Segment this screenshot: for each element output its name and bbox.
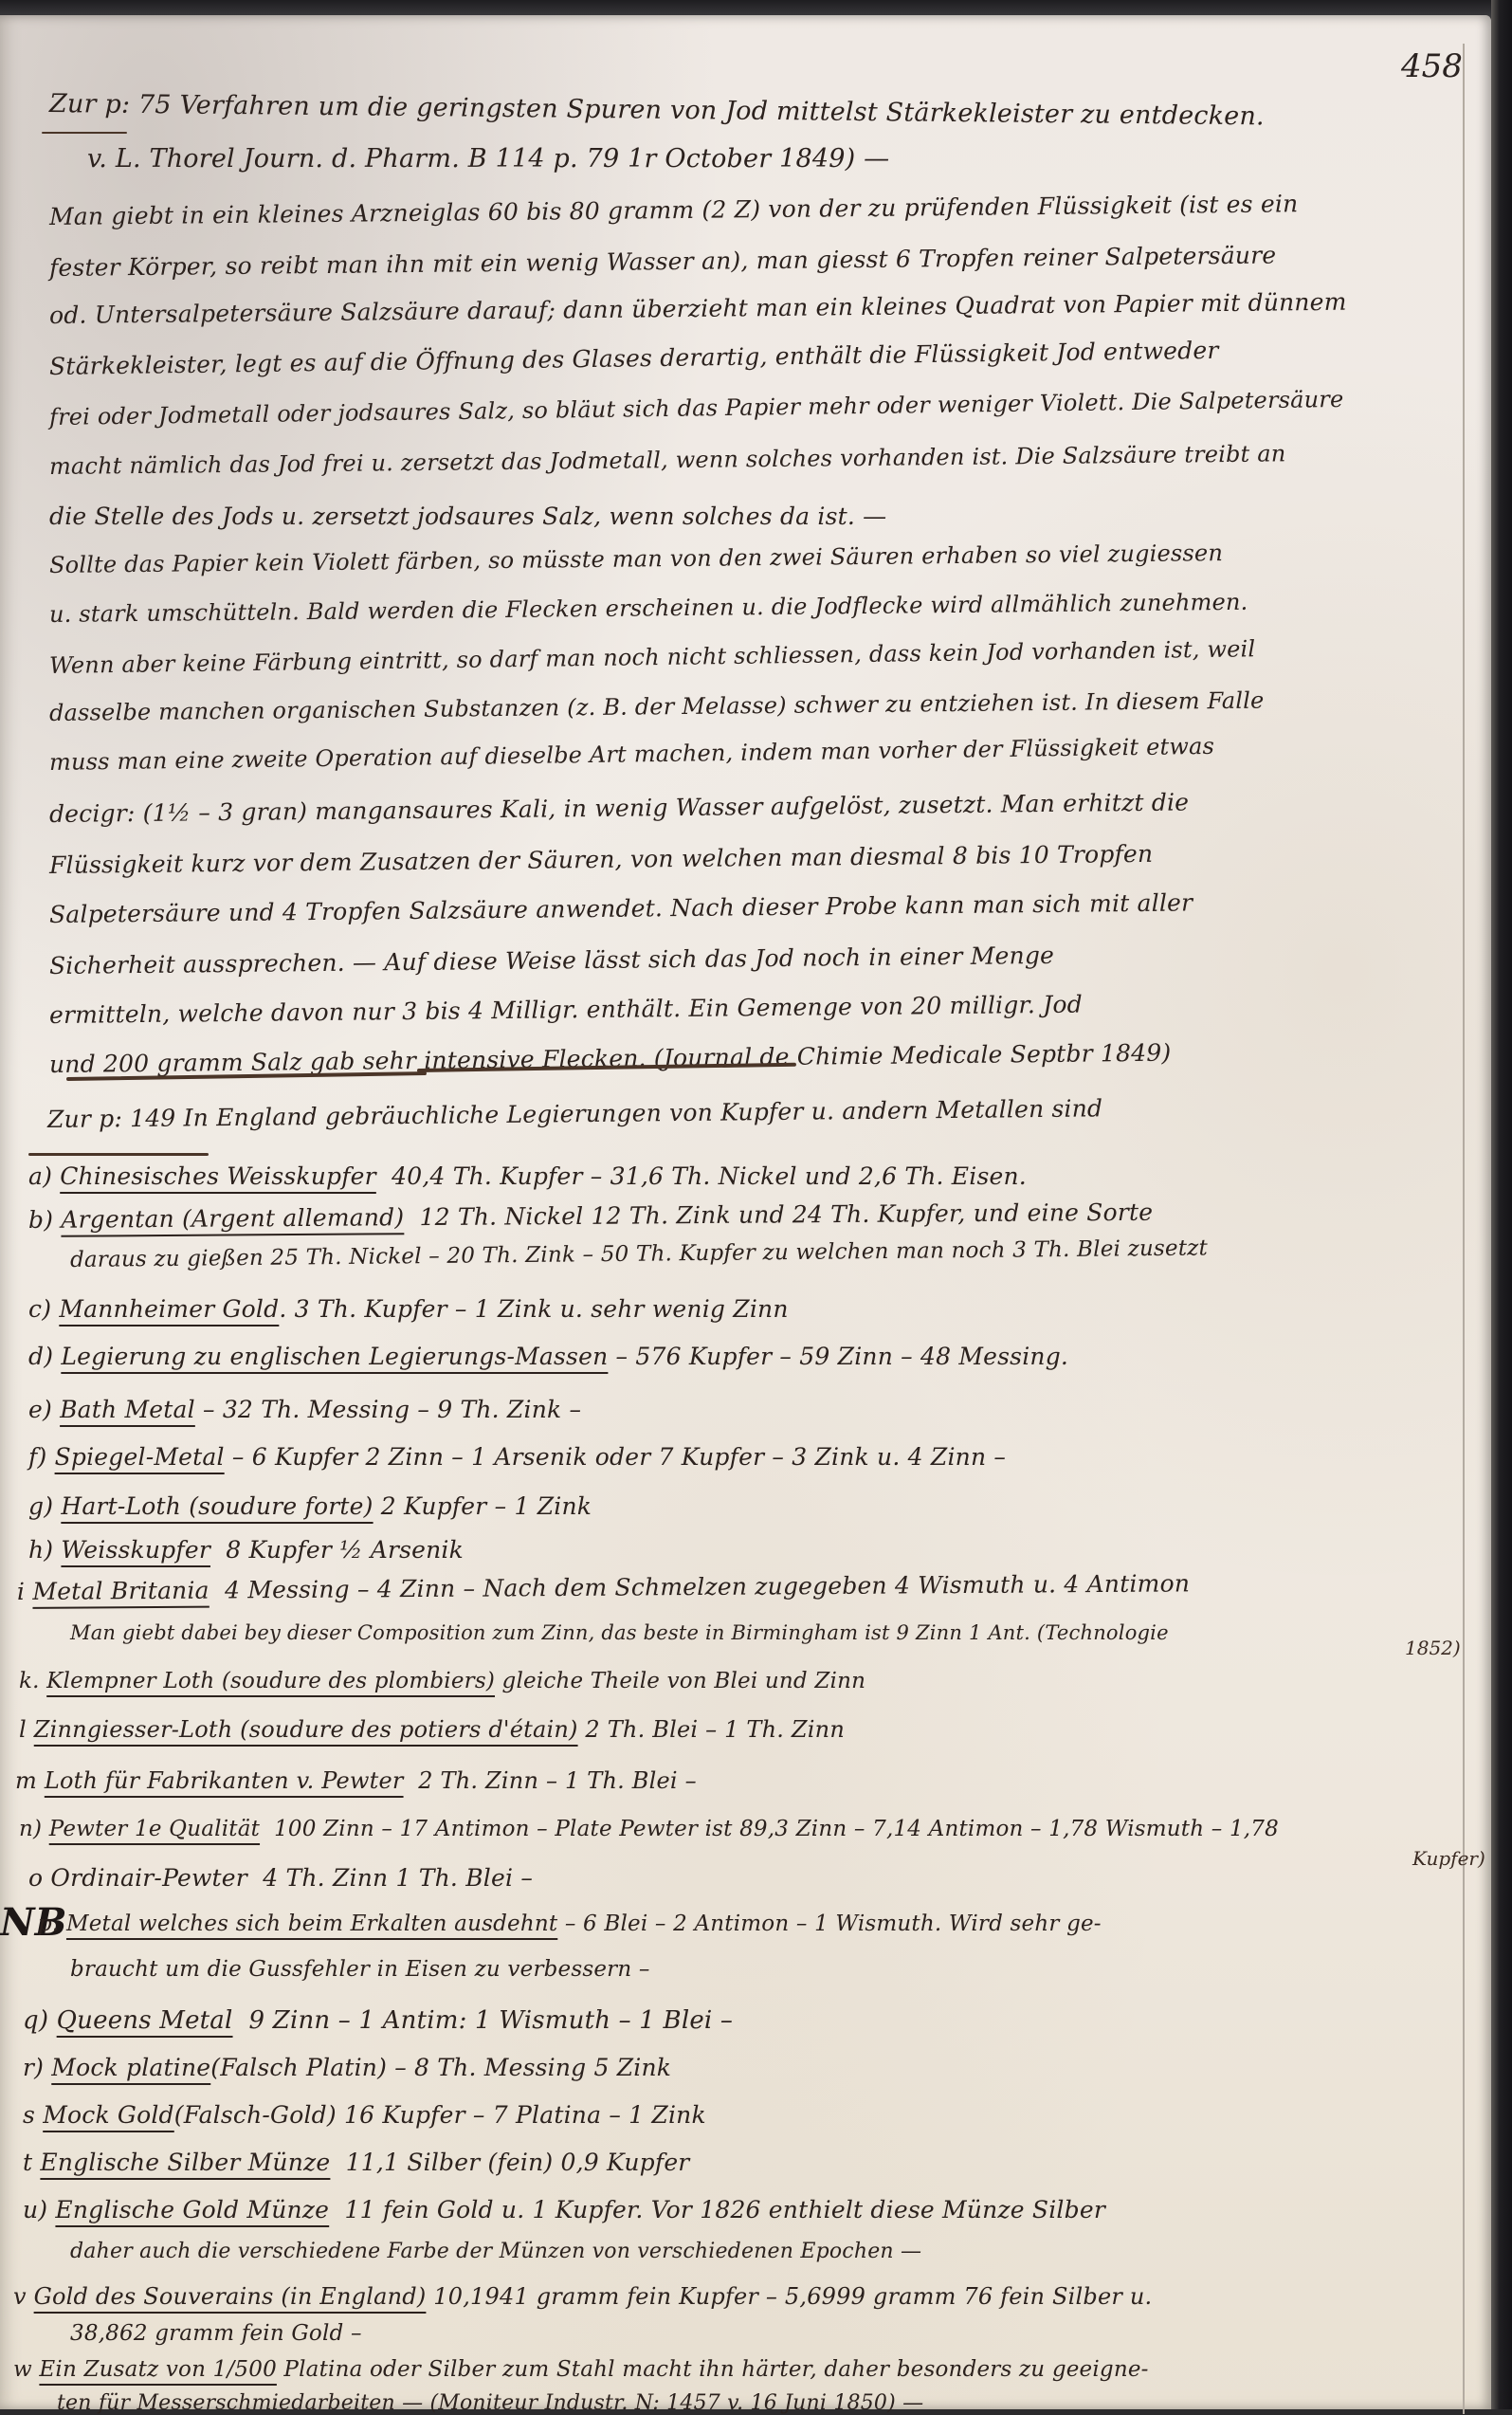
section-iodine-line-11: u. stark umschütteln. Bald werden die Fl…	[49, 589, 1248, 628]
alloy-item-q: q) Queens Metal 9 Zinn – 1 Antim: 1 Wism…	[23, 2006, 733, 2035]
alloy-item-h: h) Weisskupfer 8 Kupfer ½ Arsenik	[28, 1536, 464, 1564]
section-iodine-line-1: Zur p: 75 Verfahren um die geringsten Sp…	[49, 89, 1265, 131]
manuscript-page: 458 Zur p: 75 Verfahren um die geringste…	[0, 15, 1491, 2409]
alloy-item-w-cont: ten für Messerschmiedarbeiten — (Moniteu…	[57, 2391, 923, 2409]
section-iodine-line-14: muss man eine zweite Operation auf diese…	[49, 733, 1214, 776]
section-iodine-line-17: Salpetersäure und 4 Tropfen Salzsäure an…	[49, 888, 1193, 928]
alloy-item-o: o Ordinair-Pewter 4 Th. Zinn 1 Th. Blei …	[28, 1864, 533, 1892]
section-iodine-line-6: Stärkekleister, legt es auf die Öffnung …	[49, 337, 1219, 380]
alloy-item-m: m Loth für Fabrikanten v. Pewter 2 Th. Z…	[15, 1767, 697, 1794]
alloy-item-i: i Metal Britania 4 Messing – 4 Zinn – Na…	[17, 1569, 1190, 1605]
section-iodine-line-2: v. L. Thorel Journ. d. Pharm. B 114 p. 7…	[87, 144, 889, 174]
section-iodine-line-10: Sollte das Papier kein Violett färben, s…	[49, 540, 1223, 578]
section-iodine-line-13: dasselbe manchen organischen Substanzen …	[49, 687, 1265, 726]
alloy-item-i-cont: Man giebt dabei bey dieser Composition z…	[70, 1621, 1169, 1644]
section-iodine-line-18: Sicherheit aussprechen. — Auf diese Weis…	[49, 942, 1054, 979]
alloy-item-b-cont: daraus zu gießen 25 Th. Nickel – 20 Th. …	[70, 1235, 1208, 1272]
section-iodine-line-5: od. Untersalpetersäure Salzsäure darauf;…	[49, 288, 1347, 329]
section-iodine-line-19: ermitteln, welche davon nur 3 bis 4 Mill…	[49, 991, 1083, 1029]
section-iodine-line-9: die Stelle des Jods u. zersetzt jodsaure…	[49, 503, 886, 530]
alloy-item-f: f) Spiegel-Metal – 6 Kupfer 2 Zinn – 1 A…	[28, 1443, 1006, 1471]
book-binding-right	[1491, 0, 1512, 2409]
alloy-item-w: w Ein Zusatz von 1/500 Platina oder Silb…	[13, 2357, 1149, 2382]
alloy-item-p: p. Metal welches sich beim Erkalten ausd…	[38, 1912, 1102, 1936]
alloy-item-e: e) Bath Metal – 32 Th. Messing – 9 Th. Z…	[28, 1396, 581, 1423]
alloy-item-r: r) Mock platine(Falsch Platin) – 8 Th. M…	[23, 2054, 671, 2081]
alloy-item-t: t Englische Silber Münze 11,1 Silber (fe…	[23, 2149, 689, 2176]
alloy-item-s: s Mock Gold(Falsch-Gold) 16 Kupfer – 7 P…	[23, 2101, 706, 2129]
alloy-item-l: l Zinngiesser-Loth (soudure des potiers …	[19, 1716, 845, 1743]
alloy-item-v: v Gold des Souverains (in England) 10,19…	[13, 2283, 1152, 2310]
alloy-item-v-cont: 38,862 gramm fein Gold –	[70, 2321, 362, 2346]
underline-ref	[42, 132, 127, 134]
page-number: 458	[1401, 47, 1463, 85]
alloy-item-p-cont: braucht um die Gussfehler in Eisen zu ve…	[70, 1957, 650, 1982]
section-iodine-line-8: macht nämlich das Jod frei u. zersetzt d…	[49, 440, 1286, 480]
section-iodine-line-15: decigr: (1½ – 3 gran) mangansaures Kali,…	[49, 788, 1189, 828]
alloy-item-d: d) Legierung zu englischen Legierungs-Ma…	[28, 1343, 1068, 1370]
section-iodine-line-12: Wenn aber keine Färbung eintritt, so dar…	[49, 635, 1256, 679]
alloys-intro: Zur p: 149 In England gebräuchliche Legi…	[47, 1094, 1102, 1133]
alloy-item-g: g) Hart-Loth (soudure forte) 2 Kupfer – …	[28, 1492, 592, 1520]
alloy-item-u-cont: daher auch die verschiedene Farbe der Mü…	[70, 2240, 921, 2263]
page-edge-line	[1463, 44, 1465, 2409]
alloy-item-c: c) Mannheimer Gold. 3 Th. Kupfer – 1 Zin…	[28, 1295, 789, 1323]
alloy-item-i-note: 1852)	[1405, 1637, 1461, 1659]
alloy-item-n-note: Kupfer)	[1412, 1847, 1485, 1870]
section-iodine-line-16: Flüssigkeit kurz vor dem Zusatzen der Sä…	[49, 840, 1154, 879]
alloy-item-n: n) Pewter 1e Qualität 100 Zinn – 17 Anti…	[19, 1817, 1279, 1841]
alloy-item-a: a) Chinesisches Weisskupfer 40,4 Th. Kup…	[28, 1162, 1027, 1190]
alloy-item-b: b) Argentan (Argent allemand) 12 Th. Nic…	[28, 1198, 1153, 1234]
section-iodine-line-20: und 200 gramm Salz gab sehr intensive Fl…	[49, 1039, 1172, 1078]
underline-ref-149	[28, 1153, 209, 1156]
section-iodine-line-3: Man giebt in ein kleines Arzneiglas 60 b…	[49, 190, 1299, 230]
alloy-item-u: u) Englische Gold Münze 11 fein Gold u. …	[23, 2196, 1105, 2223]
section-iodine-line-4: fester Körper, so reibt man ihn mit ein …	[49, 241, 1277, 282]
section-iodine-line-7: frei oder Jodmetall oder jodsaures Salz,…	[49, 386, 1344, 430]
alloy-item-k: k. Klempner Loth (soudure des plombiers)…	[19, 1669, 865, 1693]
